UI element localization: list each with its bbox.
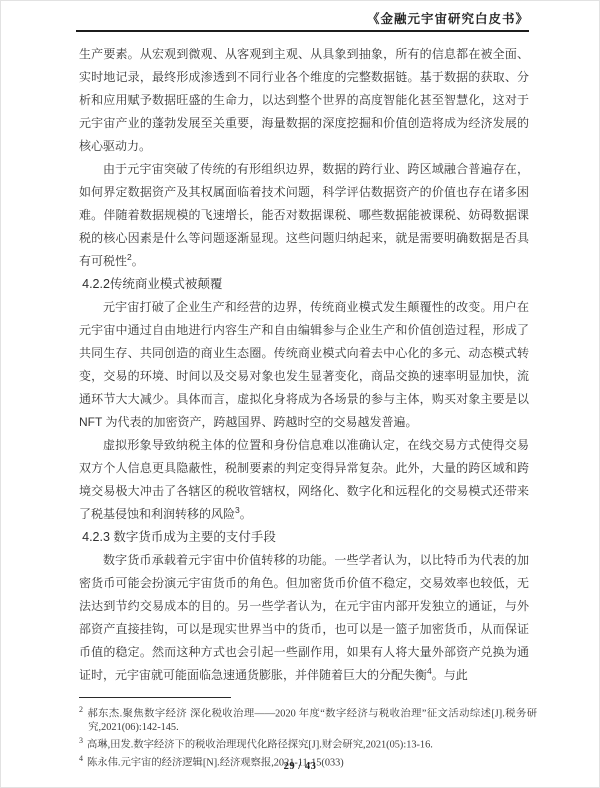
page-header: 《金融元宇宙研究白皮书》: [76, 9, 529, 32]
paragraph-tail: 。与此: [432, 668, 468, 682]
footnote-item: 3高琳,田发.数字经济下的税收治理现代化路径探究[J].财会研究,2021(05…: [79, 734, 537, 752]
footnote-marker: 3: [79, 736, 83, 745]
paragraph-data-taxability: 由于元宇宙突破了传统的有形组织边界，数据的跨行业、跨区域融合普遍存在，如何界定数…: [79, 158, 529, 273]
paragraph-text: 虚拟形象导致纳税主体的位置和身份信息难以准确认定，在线交易方式使得交易双方个人信…: [79, 438, 529, 521]
page-number: 29 / 43: [1, 761, 599, 772]
section-heading-4-2-2: 4.2.2传统商业模式被颠覆: [79, 273, 529, 296]
document-page: 《金融元宇宙研究白皮书》 生产要素。从宏观到微观、从客观到主观、从具象到抽象，所…: [0, 0, 600, 788]
paragraph-digital-currency: 数字货币承载着元宇宙中价值转移的功能。一些学者认为，以比特币为代表的加密货币可能…: [79, 549, 529, 687]
paragraph-virtual-avatar-tax: 虚拟形象导致纳税主体的位置和身份信息难以准确认定，在线交易方式使得交易双方个人信…: [79, 434, 529, 526]
footnotes-section: 2郝东杰.聚焦数字经济 深化税收治理——2020 年度“数字经济与税收治理”征文…: [79, 697, 537, 770]
footnote-item: 2郝东杰.聚焦数字经济 深化税收治理——2020 年度“数字经济与税收治理”征文…: [79, 703, 537, 734]
section-heading-4-2-3: 4.2.3 数字货币成为主要的支付手段: [79, 526, 529, 549]
paragraph-text: 由于元宇宙突破了传统的有形组织边界，数据的跨行业、跨区域融合普遍存在，如何界定数…: [79, 162, 529, 268]
paragraph-tail: 。: [240, 507, 252, 521]
footnote-marker: 2: [79, 705, 83, 714]
paragraph-text: 数字货币承载着元宇宙中价值转移的功能。一些学者认为，以比特币为代表的加密货币可能…: [79, 553, 529, 682]
paragraph-data-factor: 生产要素。从宏观到微观、从客观到主观、从具象到抽象，所有的信息都在被全面、实时地…: [79, 43, 529, 158]
document-title: 《金融元宇宙研究白皮书》: [76, 9, 529, 27]
footnote-text: 高琳,田发.数字经济下的税收治理现代化路径探究[J].财会研究,2021(05)…: [87, 740, 433, 751]
page-body: 生产要素。从宏观到微观、从客观到主观、从具象到抽象，所有的信息都在被全面、实时地…: [79, 43, 529, 687]
paragraph-business-model: 元宇宙打破了企业生产和经营的边界，传统商业模式发生颠覆性的改变。用户在元宇宙中通…: [79, 296, 529, 434]
footnote-separator: [79, 697, 231, 698]
paragraph-tail: 。: [132, 254, 144, 268]
footnote-text: 郝东杰.聚焦数字经济 深化税收治理——2020 年度“数字经济与税收治理”征文活…: [87, 708, 537, 733]
